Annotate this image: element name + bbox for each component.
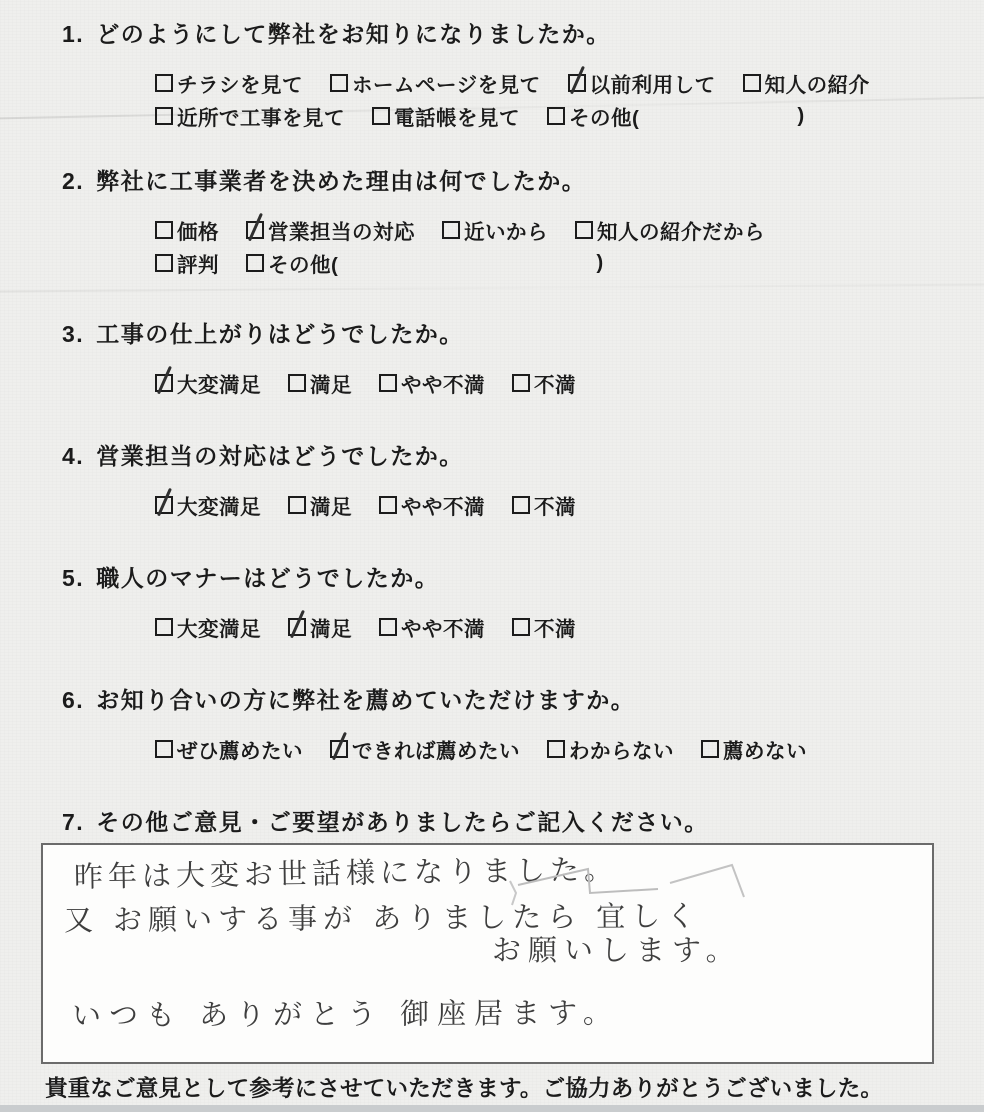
option-label: 評判 <box>177 248 219 278</box>
option-label: やや不満 <box>401 490 485 520</box>
checkbox-icon[interactable] <box>155 74 173 92</box>
question-2-options: 価格 営業担当の対応 近いから 知人の紹介だから 評判 その他( <box>0 213 984 279</box>
option-reputation: 評判 <box>155 248 219 278</box>
option-somewhat-dissatisfied: やや不満 <box>379 368 485 398</box>
option-row: チラシを見て ホームページを見て 以前利用して 知人の紹介 <box>155 66 984 99</box>
question-4-options: 大変満足 満足 やや不満 不満 <box>0 488 984 521</box>
check-mark-icon <box>157 487 171 515</box>
option-close-location: 近いから <box>442 215 548 245</box>
option-label: わからない <box>569 734 674 764</box>
question-2-title: 2.弊社に工事業者を決めた理由は何でしたか。 <box>0 163 984 196</box>
option-label: 不満 <box>534 368 576 398</box>
option-label: 不満 <box>534 490 576 520</box>
option-satisfied: 満足 <box>288 368 352 398</box>
option-very-satisfied: 大変満足 <box>155 490 261 520</box>
option-row: 評判 その他( ) <box>155 246 984 279</box>
question-number: 5. <box>62 565 84 592</box>
option-label: チラシを見て <box>177 68 303 98</box>
checkbox-icon[interactable] <box>547 740 565 758</box>
question-number: 1. <box>62 21 84 48</box>
checkbox-icon[interactable] <box>155 740 173 758</box>
option-very-satisfied: 大変満足 <box>155 368 261 398</box>
option-label: 知人の紹介 <box>765 68 870 98</box>
checkbox-icon[interactable] <box>379 496 397 514</box>
handwritten-comment-line-3: お願いします。 <box>492 928 742 969</box>
checkbox-icon[interactable] <box>246 254 264 272</box>
question-5-title: 5.職人のマナーはどうでしたか。 <box>0 560 984 593</box>
question-title-text: どのようにして弊社をお知りになりましたか。 <box>96 21 611 47</box>
option-row: 大変満足 満足 やや不満 不満 <box>155 488 984 521</box>
checkbox-icon[interactable] <box>512 496 530 514</box>
option-flyer: チラシを見て <box>155 68 303 98</box>
option-satisfied: 満足 <box>288 612 352 642</box>
option-row: 価格 営業担当の対応 近いから 知人の紹介だから <box>155 213 984 246</box>
option-not-recommend: 薦めない <box>701 734 807 764</box>
scan-crease-line <box>0 283 984 292</box>
option-label: ぜひ薦めたい <box>177 734 303 764</box>
question-6-title: 6.お知り合いの方に弊社を薦めていただけますか。 <box>0 682 984 715</box>
option-label: 薦めない <box>723 734 807 764</box>
question-number: 7. <box>62 809 84 836</box>
option-label: 大変満足 <box>177 612 261 642</box>
question-1-options: チラシを見て ホームページを見て 以前利用して 知人の紹介 近所で工事を見て <box>0 66 984 132</box>
option-label: 満足 <box>310 612 352 642</box>
option-homepage: ホームページを見て <box>330 68 541 98</box>
option-other: その他( ) <box>547 101 805 131</box>
question-5: 5.職人のマナーはどうでしたか。 大変満足 満足 やや不満 不満 <box>0 560 984 643</box>
option-sales-rep-response: 営業担当の対応 <box>246 215 415 245</box>
check-mark-icon <box>570 65 584 93</box>
check-mark-icon <box>290 609 304 637</box>
option-row: ぜひ薦めたい できれば薦めたい わからない 薦めない <box>155 732 984 765</box>
check-mark-icon <box>332 731 346 759</box>
option-dissatisfied: 不満 <box>512 612 576 642</box>
checkbox-icon[interactable] <box>701 740 719 758</box>
checkbox-icon[interactable] <box>512 618 530 636</box>
option-phone-book: 電話帳を見て <box>372 101 520 131</box>
option-label: 大変満足 <box>177 490 261 520</box>
question-1-title: 1.どのようにして弊社をお知りになりましたか。 <box>0 16 984 49</box>
check-mark-icon <box>248 212 262 240</box>
option-very-satisfied: 大変満足 <box>155 612 261 642</box>
checkbox-icon[interactable] <box>155 221 173 239</box>
option-referral-reason: 知人の紹介だから <box>575 215 765 245</box>
option-label: できれば薦めたい <box>352 734 520 764</box>
checkbox-icon[interactable] <box>547 107 565 125</box>
option-label: その他( <box>569 101 639 131</box>
option-recommend-if-possible: できれば薦めたい <box>330 734 520 764</box>
question-1: 1.どのようにして弊社をお知りになりましたか。 チラシを見て ホームページを見て… <box>0 16 984 132</box>
option-other: その他( ) <box>246 248 604 278</box>
option-dissatisfied: 不満 <box>512 490 576 520</box>
checkbox-icon[interactable] <box>442 221 460 239</box>
checkbox-icon[interactable] <box>372 107 390 125</box>
question-title-text: その他ご意見・ご要望がありましたらご記入ください。 <box>96 809 709 835</box>
closing-paren: ) <box>797 104 804 128</box>
option-label: 近所で工事を見て <box>177 101 345 131</box>
checkbox-icon[interactable] <box>379 618 397 636</box>
checkbox-icon[interactable] <box>379 374 397 392</box>
option-saw-nearby-work: 近所で工事を見て <box>155 101 345 131</box>
check-mark-icon <box>157 365 171 393</box>
option-acquaintance-referral: 知人の紹介 <box>743 68 870 98</box>
question-7-title: 7.その他ご意見・ご要望がありましたらご記入ください。 <box>0 804 984 837</box>
option-label: 価格 <box>177 215 219 245</box>
question-title-text: 弊社に工事業者を決めた理由は何でしたか。 <box>96 168 586 194</box>
question-6: 6.お知り合いの方に弊社を薦めていただけますか。 ぜひ薦めたい できれば薦めたい… <box>0 682 984 765</box>
option-label: 営業担当の対応 <box>268 215 415 245</box>
option-label: 大変満足 <box>177 368 261 398</box>
checkbox-icon[interactable] <box>155 618 173 636</box>
question-number: 6. <box>62 687 84 714</box>
checkbox-icon[interactable] <box>155 496 173 514</box>
checkbox-icon[interactable] <box>568 74 586 92</box>
option-row: 大変満足 満足 やや不満 不満 <box>155 610 984 643</box>
checkbox-icon[interactable] <box>155 254 173 272</box>
checkbox-icon[interactable] <box>512 374 530 392</box>
option-dissatisfied: 不満 <box>512 368 576 398</box>
question-number: 4. <box>62 443 84 470</box>
option-label: その他( <box>268 248 338 278</box>
checkbox-icon[interactable] <box>288 374 306 392</box>
checkbox-icon[interactable] <box>330 74 348 92</box>
option-price: 価格 <box>155 215 219 245</box>
question-3: 3.工事の仕上がりはどうでしたか。 大変満足 満足 やや不満 不満 <box>0 316 984 399</box>
option-label: 知人の紹介だから <box>597 215 765 245</box>
option-label: 近いから <box>464 215 548 245</box>
option-label: やや不満 <box>401 612 485 642</box>
question-4: 4.営業担当の対応はどうでしたか。 大変満足 満足 やや不満 不満 <box>0 438 984 521</box>
question-3-title: 3.工事の仕上がりはどうでしたか。 <box>0 316 984 349</box>
option-definitely-recommend: ぜひ薦めたい <box>155 734 303 764</box>
question-4-title: 4.営業担当の対応はどうでしたか。 <box>0 438 984 471</box>
option-satisfied: 満足 <box>288 490 352 520</box>
option-somewhat-dissatisfied: やや不満 <box>379 490 485 520</box>
checkbox-icon[interactable] <box>155 107 173 125</box>
option-label: やや不満 <box>401 368 485 398</box>
checkbox-icon[interactable] <box>288 496 306 514</box>
option-label: 以前利用して <box>590 68 716 98</box>
question-3-options: 大変満足 満足 やや不満 不満 <box>0 366 984 399</box>
option-label: 電話帳を見て <box>394 101 520 131</box>
option-row: 近所で工事を見て 電話帳を見て その他( ) <box>155 99 984 132</box>
checkbox-icon[interactable] <box>330 740 348 758</box>
question-5-options: 大変満足 満足 やや不満 不満 <box>0 610 984 643</box>
question-title-text: 職人のマナーはどうでしたか。 <box>96 565 439 591</box>
checkbox-icon[interactable] <box>246 221 264 239</box>
handwritten-comment-line-4: いつも ありがとう 御座居ます。 <box>72 991 620 1035</box>
footer-thank-you-note: 貴重なご意見として参考にさせていただきます。ご協力ありがとうございました。 <box>45 1071 883 1103</box>
scan-bottom-edge <box>0 1105 984 1112</box>
question-number: 2. <box>62 168 84 195</box>
option-label: 満足 <box>310 368 352 398</box>
option-not-sure: わからない <box>547 734 674 764</box>
checkbox-icon[interactable] <box>743 74 761 92</box>
checkbox-icon[interactable] <box>575 221 593 239</box>
question-number: 3. <box>62 321 84 348</box>
checkbox-icon[interactable] <box>288 618 306 636</box>
checkbox-icon[interactable] <box>155 374 173 392</box>
option-label: 満足 <box>310 490 352 520</box>
option-used-before: 以前利用して <box>568 68 716 98</box>
handwritten-comment-line-1: 昨年は大変お世話様になりました。 <box>74 847 619 896</box>
question-title-text: 営業担当の対応はどうでしたか。 <box>96 443 464 469</box>
closing-paren: ) <box>596 251 603 275</box>
question-title-text: 工事の仕上がりはどうでしたか。 <box>96 321 464 347</box>
question-title-text: お知り合いの方に弊社を薦めていただけますか。 <box>96 687 635 713</box>
question-7: 7.その他ご意見・ご要望がありましたらご記入ください。 <box>0 804 984 837</box>
option-label: 不満 <box>534 612 576 642</box>
option-row: 大変満足 満足 やや不満 不満 <box>155 366 984 399</box>
question-6-options: ぜひ薦めたい できれば薦めたい わからない 薦めない <box>0 732 984 765</box>
question-2: 2.弊社に工事業者を決めた理由は何でしたか。 価格 営業担当の対応 近いから 知… <box>0 163 984 279</box>
option-label: ホームページを見て <box>352 68 541 98</box>
option-somewhat-dissatisfied: やや不満 <box>379 612 485 642</box>
